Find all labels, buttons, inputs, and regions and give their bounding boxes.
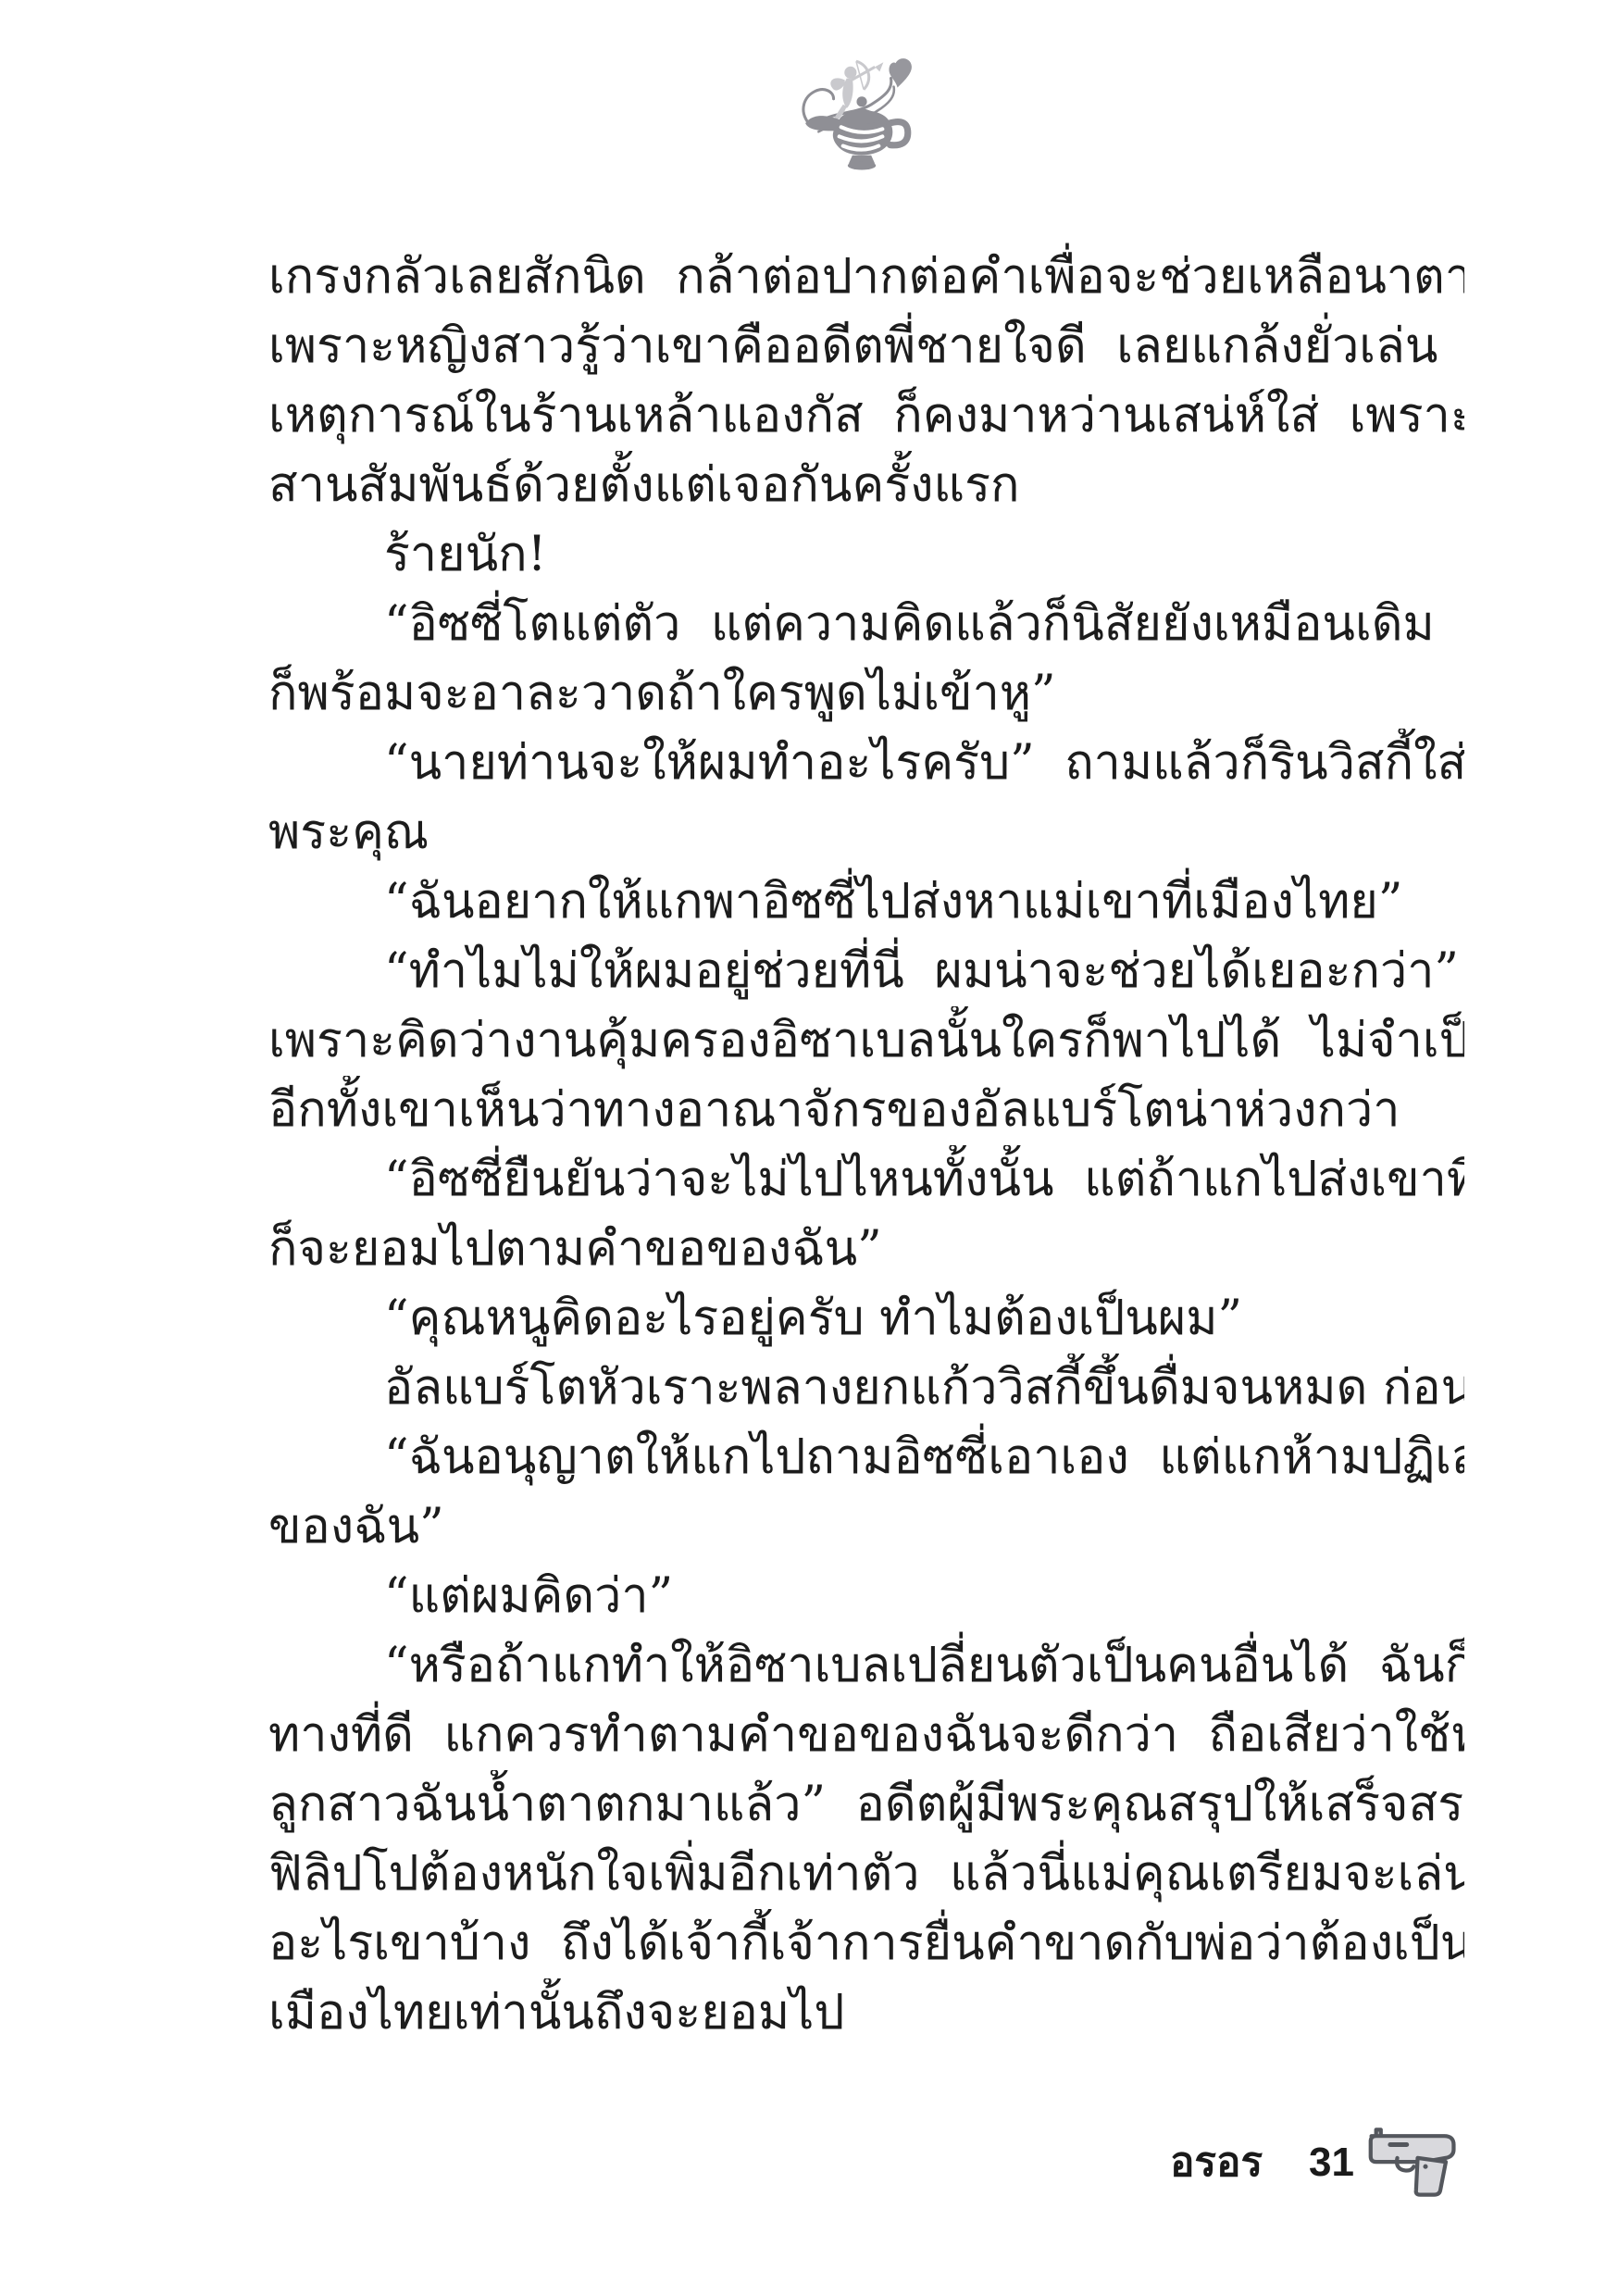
text-line: เหตุการณ์ในร้านเหล้าแองกัส ก็คงมาหว่านเส… [268,381,1464,451]
text-line: “ฉันอยากให้แกพาอิซซี่ไปส่งหาแม่เขาที่เมื… [268,867,1464,937]
text-line: เมืองไทยเท่านั้นถึงจะยอมไป [268,1978,1464,2048]
book-page: เกรงกลัวเลยสักนิด กล้าต่อปากต่อคำเพื่อจะ… [0,0,1618,2296]
genie-lamp-cupid-ornament-icon [798,50,922,172]
text-line: “หรือถ้าแกทำให้อิซาเบลเปลี่ยนตัวเป็นคนอื… [268,1631,1464,1701]
text-line: ก็จะยอมไปตามคำขอของฉัน” [268,1215,1464,1284]
text-line: เพราะหญิงสาวรู้ว่าเขาคืออดีตพี่ชายใจดี เ… [268,312,1464,381]
text-line: อีกทั้งเขาเห็นว่าทางอาณาจักรของอัลแบร์โต… [268,1076,1464,1145]
text-line: ร้ายนัก! [268,520,1464,590]
text-line: สานสัมพันธ์ด้วยตั้งแต่เจอกันครั้งแรก [268,451,1464,520]
text-line: ก็พร้อมจะอาละวาดถ้าใครพูดไม่เข้าหู” [268,659,1464,729]
text-line: “ฉันอนุญาตให้แกไปถามอิซซี่เอาเอง แต่แกห้… [268,1423,1464,1492]
body-text: เกรงกลัวเลยสักนิด กล้าต่อปากต่อคำเพื่อจะ… [268,243,1464,2048]
pistol-icon [1364,2118,1466,2202]
text-line: “แต่ผมคิดว่า” [268,1562,1464,1631]
text-line: อัลแบร์โตหัวเราะพลางยกแก้ววิสกี้ขึ้นดื่ม… [268,1354,1464,1423]
text-line: เกรงกลัวเลยสักนิด กล้าต่อปากต่อคำเพื่อจะ… [268,243,1464,312]
text-line: “คุณหนูคิดอะไรอยู่ครับ ทำไมต้องเป็นผม” [268,1284,1464,1354]
page-number: 31 [1309,2140,1354,2185]
text-line: “ทำไมไม่ให้ผมอยู่ช่วยที่นี่ ผมน่าจะช่วยไ… [268,937,1464,1006]
text-line: ทางที่ดี แกควรทำตามคำขอของฉันจะดีกว่า ถื… [268,1701,1464,1770]
text-line: อะไรเขาบ้าง ถึงได้เจ้ากี้เจ้าการยื่นคำขา… [268,1909,1464,1978]
text-line: พระคุณ [268,798,1464,867]
text-line: “นายท่านจะให้ผมทำอะไรครับ” ถามแล้วก็รินว… [268,729,1464,798]
text-line: ลูกสาวฉันน้ำตาตกมาแล้ว” อดีตผู้มีพระคุณส… [268,1770,1464,1840]
text-line: ฟิลิปโปต้องหนักใจเพิ่มอีกเท่าตัว แล้วนี่… [268,1840,1464,1909]
text-line: เพราะคิดว่างานคุ้มครองอิซาเบลนั้นใครก็พา… [268,1006,1464,1076]
text-line: ของฉัน” [268,1492,1464,1562]
text-line: “อิซซี่ยืนยันว่าจะไม่ไปไหนทั้งนั้น แต่ถ้… [268,1145,1464,1215]
text-line: “อิซซี่โตแต่ตัว แต่ความคิดแล้วก็นิสัยยัง… [268,590,1464,659]
running-title: อรอร [1170,2140,1263,2185]
